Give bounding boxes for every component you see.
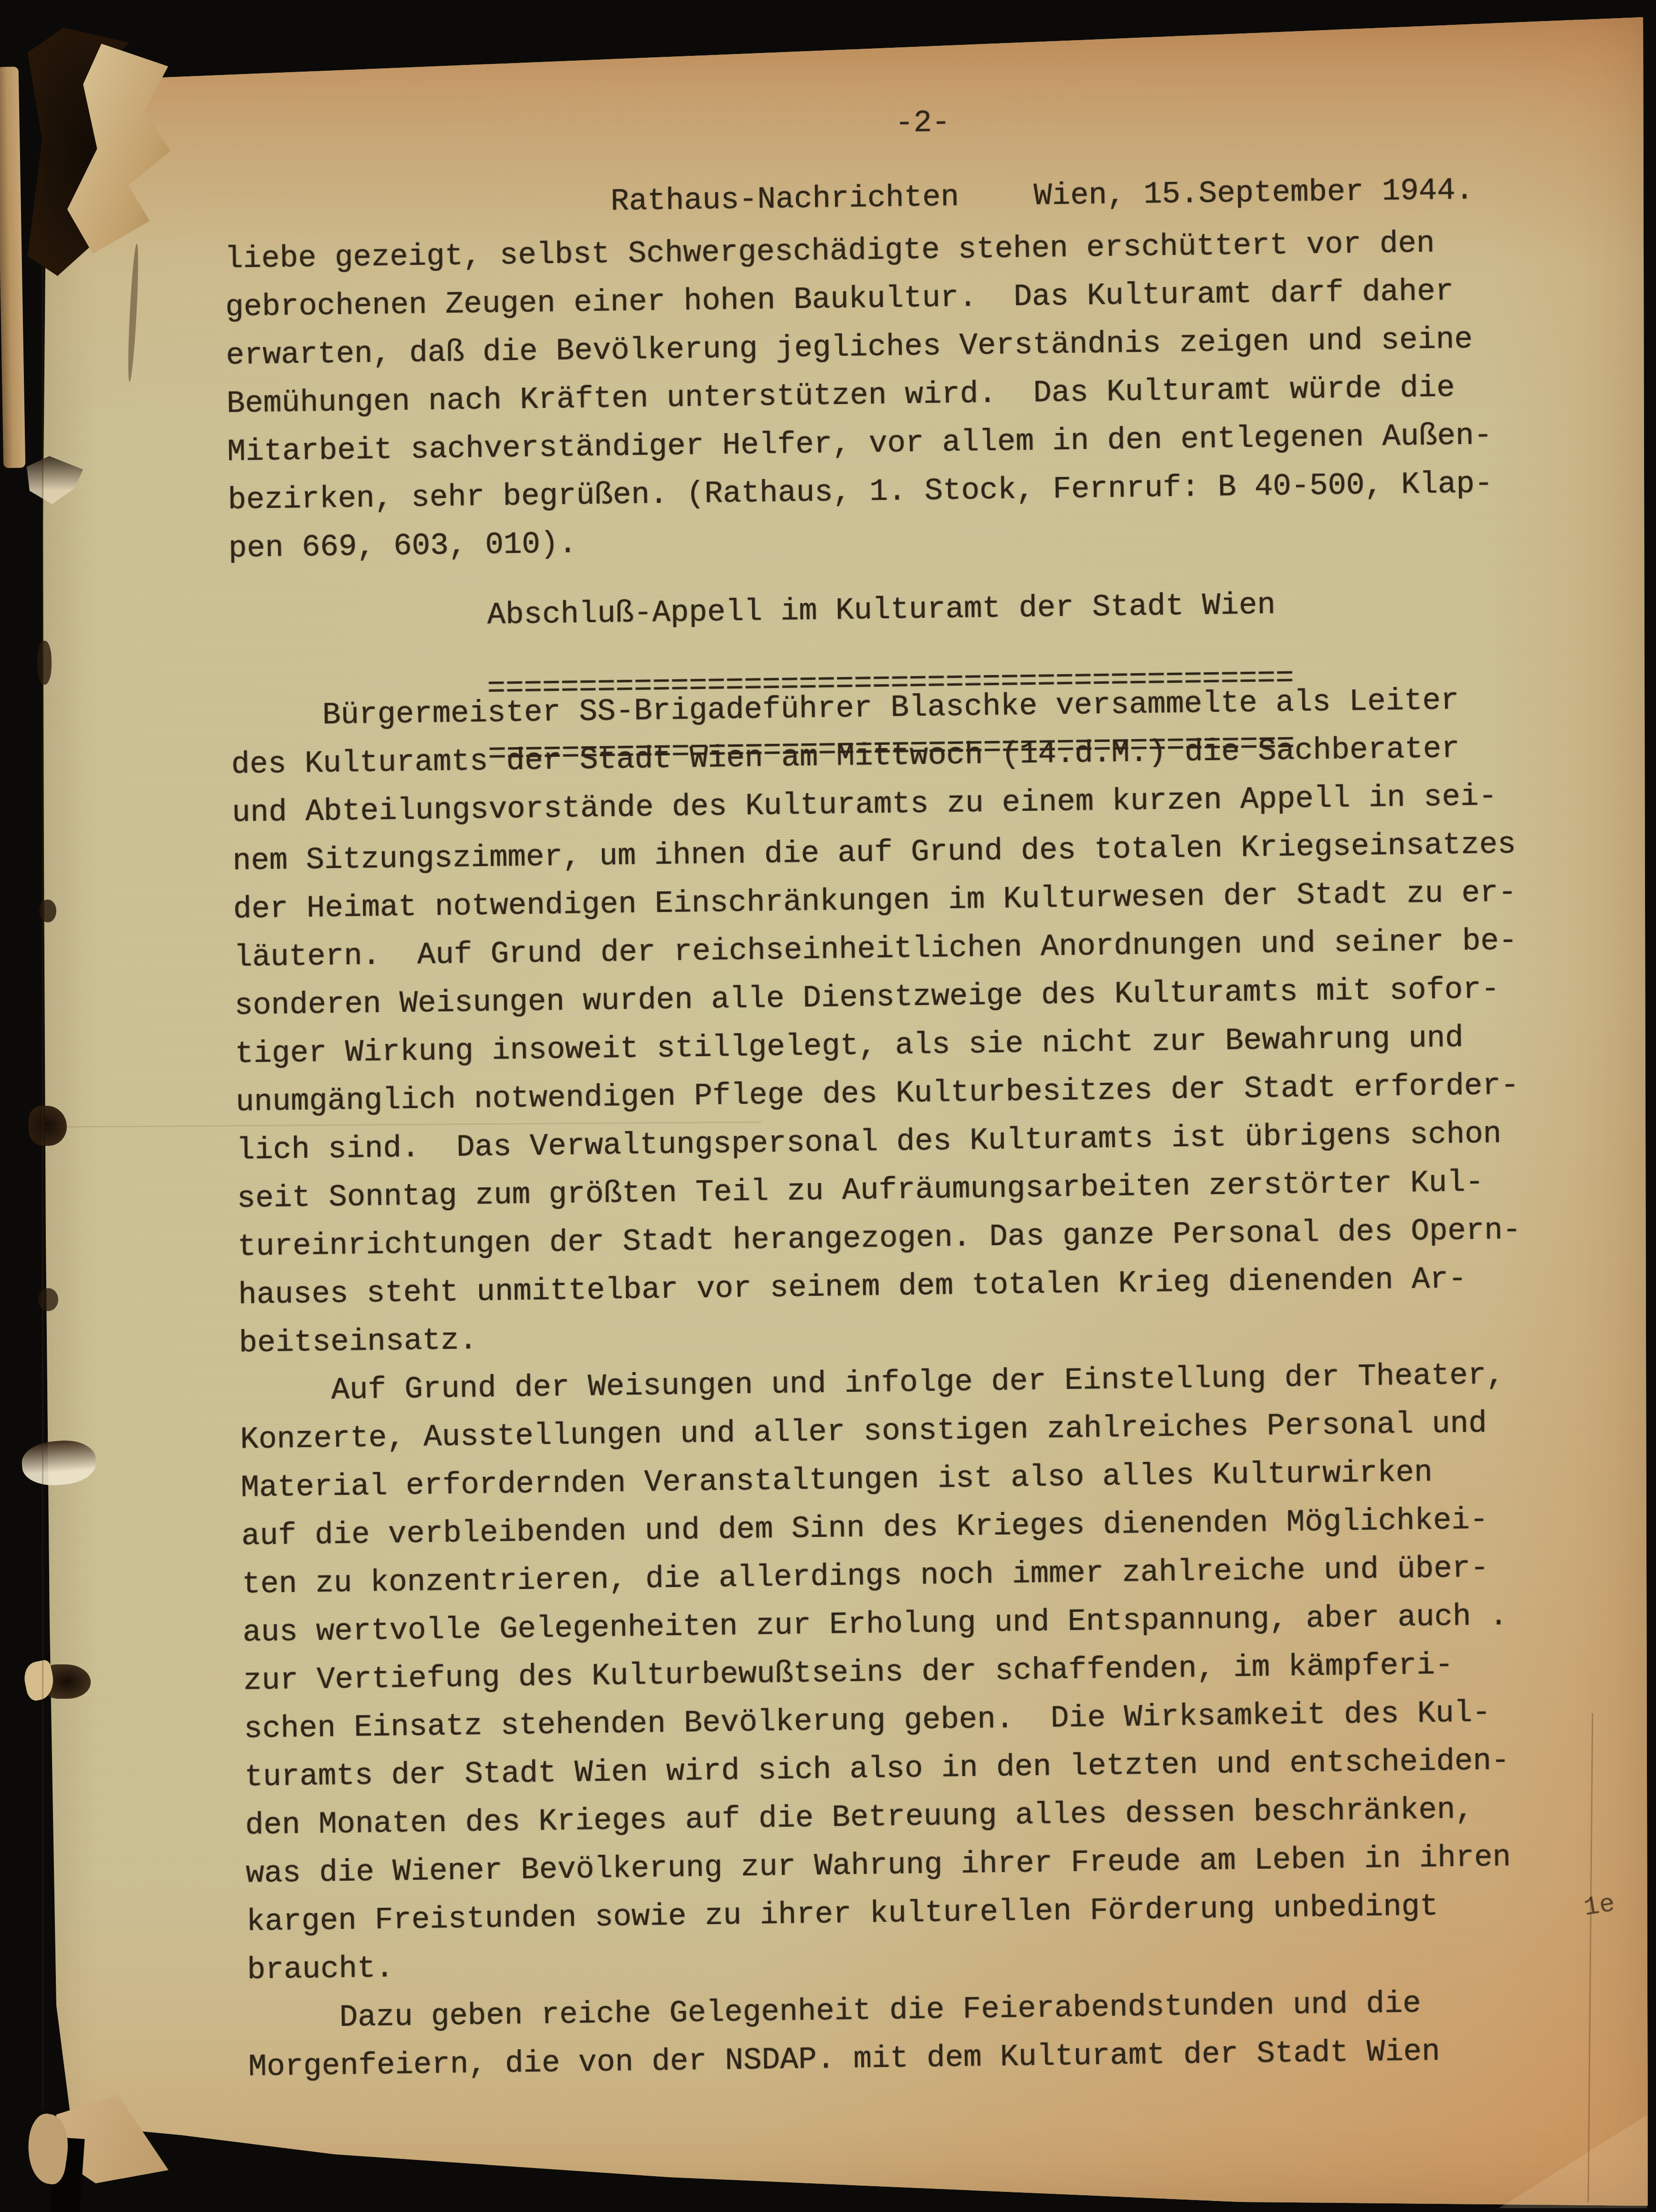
margin-mark: 1e	[1582, 1889, 1617, 1923]
publication-title: Rathaus-Nachrichten	[611, 180, 960, 220]
document-header: Rathaus-Nachrichten Wien, 15.September 1…	[611, 174, 1474, 220]
page-number: -2-	[895, 106, 950, 141]
dateline: Wien, 15.September 1944.	[1034, 174, 1474, 214]
body-paragraph: Dazu geben reiche Gelegenheit die Feiera…	[247, 1980, 1440, 2092]
intro-paragraph: liebe gezeigt, selbst Schwergeschädigte …	[224, 219, 1494, 573]
body-paragraph: Auf Grund der Weisungen und infolge der …	[239, 1352, 1512, 1995]
scan-background: -2- Rathaus-Nachrichten Wien, 15.Septemb…	[0, 0, 1656, 2212]
body-paragraph: Bürgermeister SS-Brigadeführer Blaschke …	[230, 677, 1522, 1368]
typed-text-layer: -2- Rathaus-Nachrichten Wien, 15.Septemb…	[0, 0, 1656, 2212]
